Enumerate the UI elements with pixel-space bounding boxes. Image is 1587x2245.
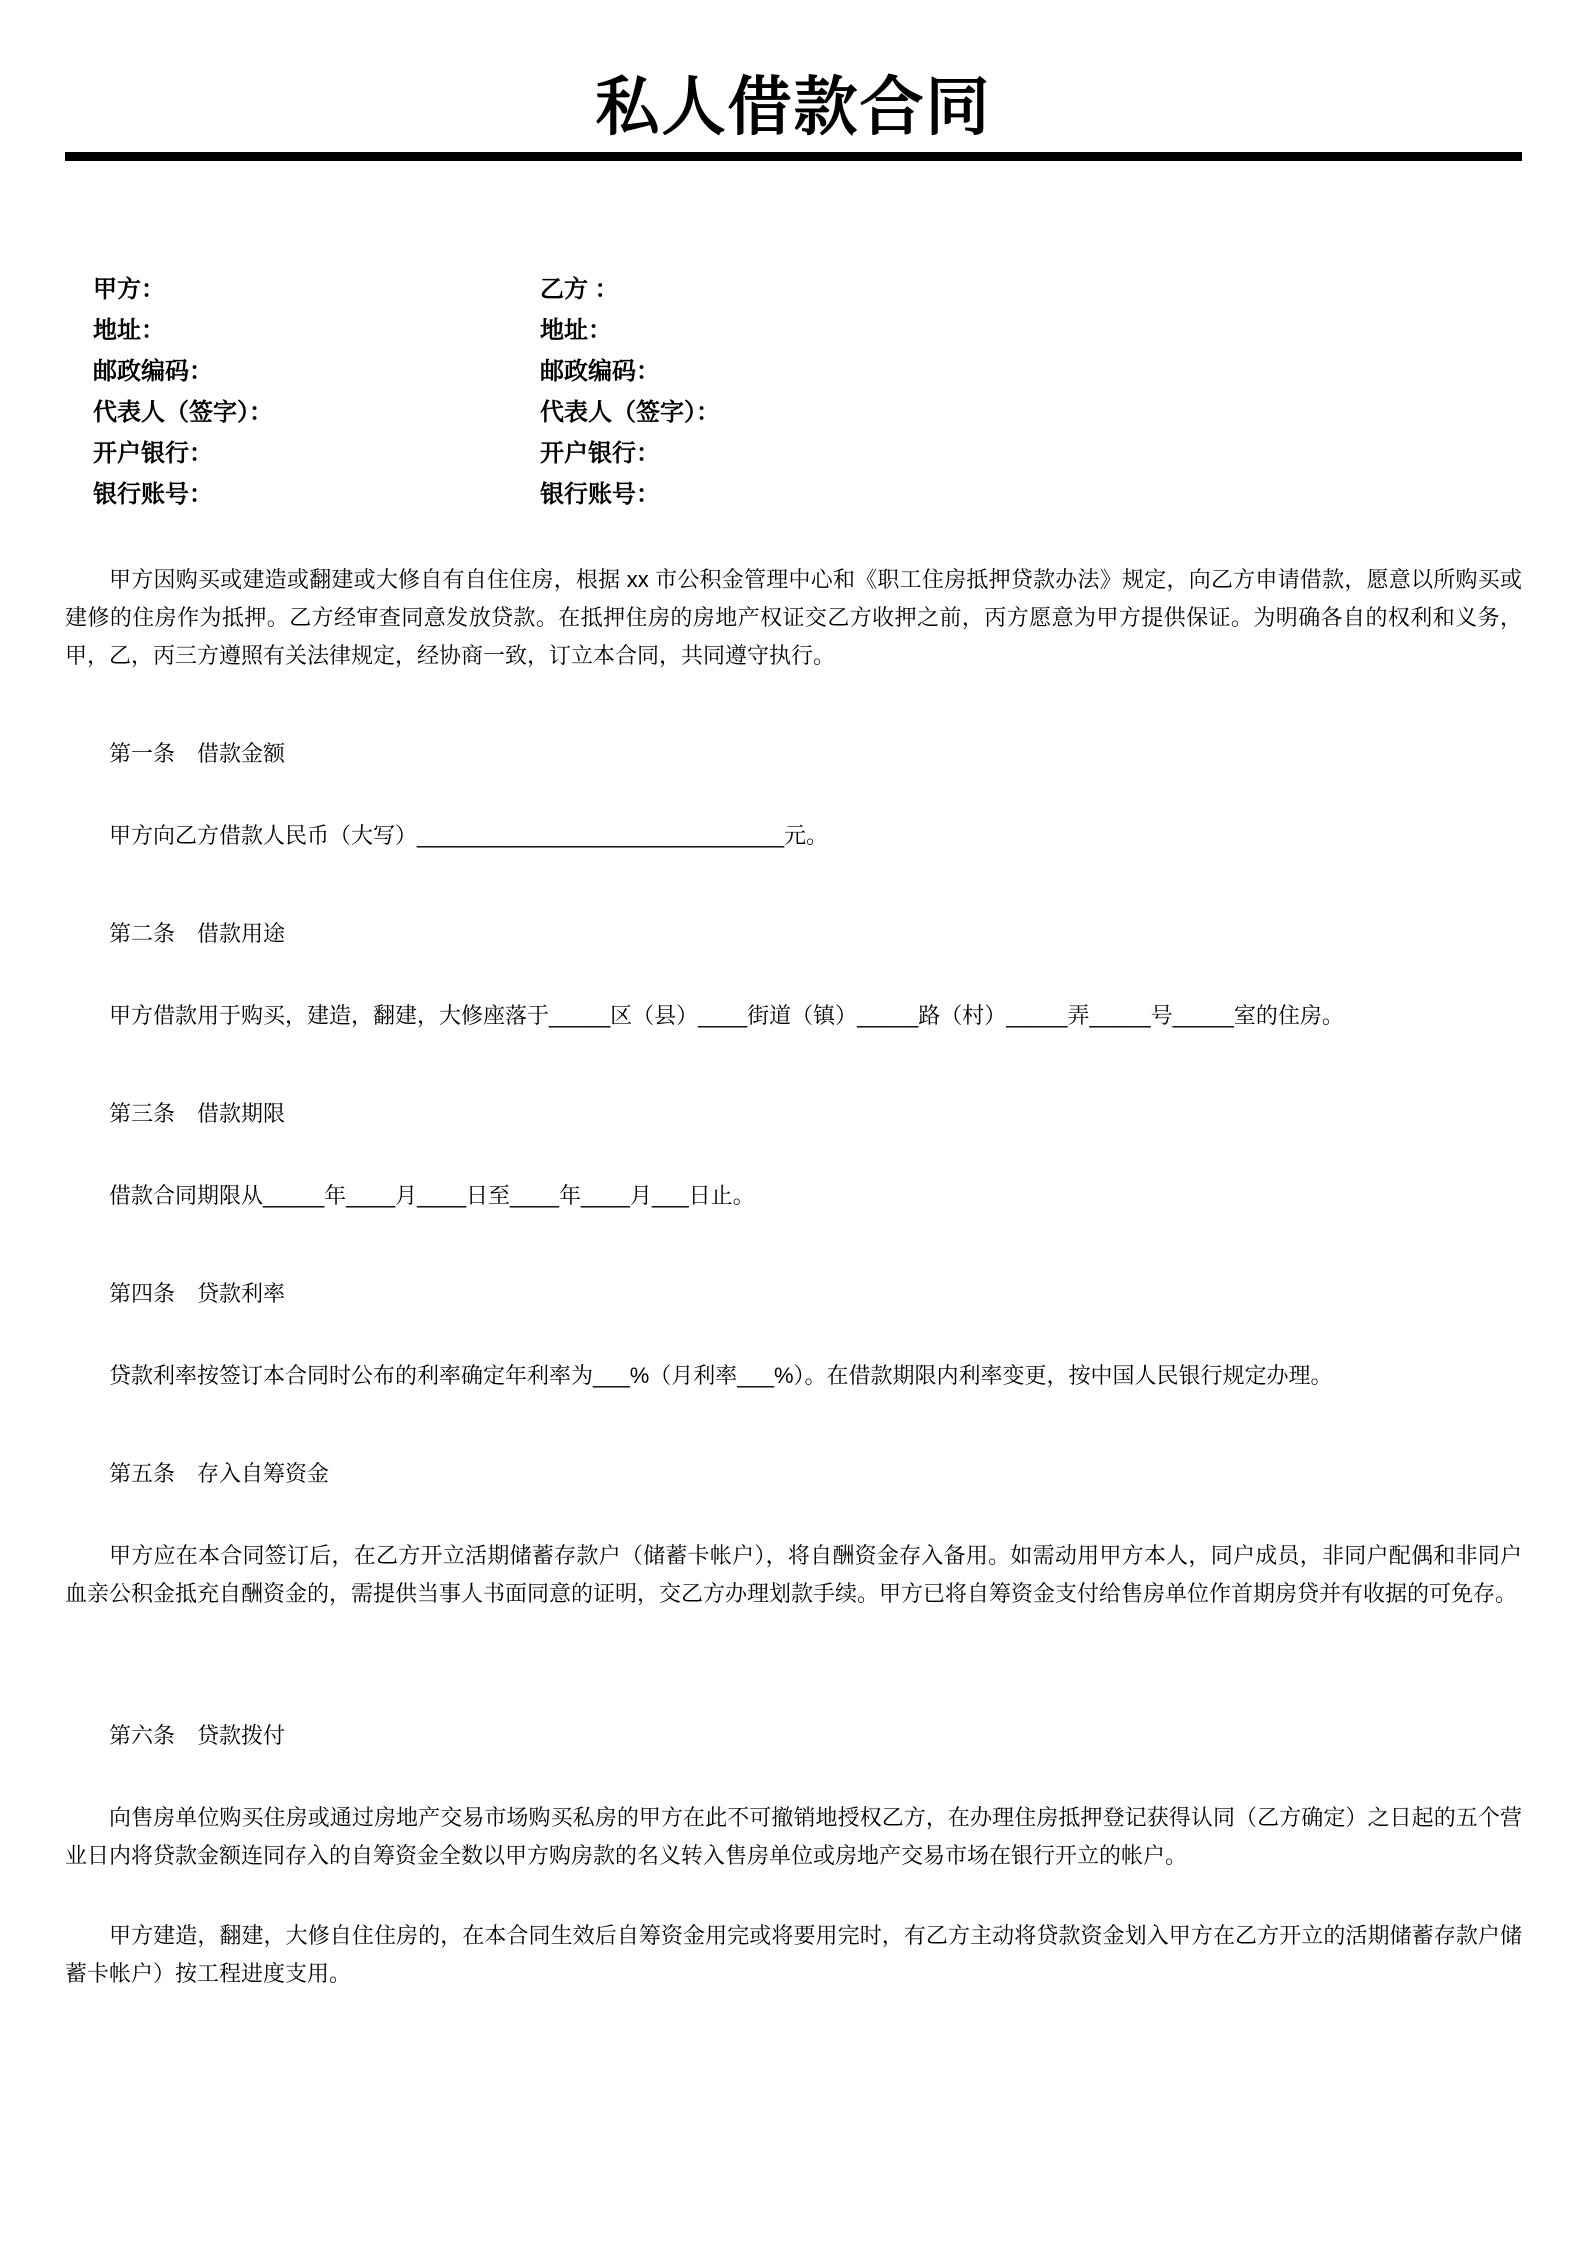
party-b-postcode-label: 邮政编码：: [540, 351, 1522, 392]
intro-paragraph: 甲方因购买或建造或翻建或大修自有自住住房，根据 xx 市公积金管理中心和《职工住…: [65, 561, 1522, 675]
section-5-paragraph: 甲方应在本合同签订后，在乙方开立活期储蓄存款户（储蓄卡帐户），将自酬资金存入备用…: [65, 1537, 1522, 1613]
section-3-loan-term: 第三条 借款期限 借款合同期限从_____年____月____日至____年__…: [65, 1095, 1522, 1215]
section-4-interest-rate: 第四条 贷款利率 贷款利率按签订本合同时公布的利率确定年利率为___%（月利率_…: [65, 1275, 1522, 1395]
party-a-column: 甲方： 地址： 邮政编码： 代表人（签字）： 开户银行： 银行账号：: [93, 269, 540, 515]
party-a-name-label: 甲方：: [93, 269, 540, 310]
section-2-loan-purpose: 第二条 借款用途 甲方借款用于购买，建造，翻建，大修座落于_____区（县）__…: [65, 915, 1522, 1035]
party-a-representative-label: 代表人（签字）：: [93, 392, 540, 433]
section-1-loan-amount: 第一条 借款金额 甲方向乙方借款人民币（大写）_________________…: [65, 735, 1522, 855]
section-4-paragraph: 贷款利率按签订本合同时公布的利率确定年利率为___%（月利率___%）。在借款期…: [65, 1357, 1522, 1395]
party-info-block: 甲方： 地址： 邮政编码： 代表人（签字）： 开户银行： 银行账号： 乙方 ： …: [65, 269, 1522, 515]
section-6-paragraph-2: 甲方建造，翻建，大修自住住房的，在本合同生效后自筹资金用完或将要用完时，有乙方主…: [65, 1917, 1522, 1993]
section-3-paragraph: 借款合同期限从_____年____月____日至____年____月___日止。: [65, 1177, 1522, 1215]
section-2-heading: 第二条 借款用途: [65, 915, 1522, 953]
title-divider: [65, 152, 1522, 161]
party-b-name-label: 乙方 ：: [540, 269, 1522, 310]
section-1-heading: 第一条 借款金额: [65, 735, 1522, 773]
section-6-heading: 第六条 贷款拨付: [65, 1717, 1522, 1755]
party-b-address-label: 地址：: [540, 310, 1522, 351]
section-4-heading: 第四条 贷款利率: [65, 1275, 1522, 1313]
party-b-account-label: 银行账号：: [540, 474, 1522, 515]
section-5-heading: 第五条 存入自筹资金: [65, 1455, 1522, 1493]
section-5-self-raised-funds: 第五条 存入自筹资金 甲方应在本合同签订后，在乙方开立活期储蓄存款户（储蓄卡帐户…: [65, 1455, 1522, 1613]
section-3-heading: 第三条 借款期限: [65, 1095, 1522, 1133]
page-title: 私人借款合同: [65, 0, 1522, 142]
party-b-column: 乙方 ： 地址： 邮政编码： 代表人（签字）： 开户银行： 银行账号：: [540, 269, 1522, 515]
contract-page: 私人借款合同 甲方： 地址： 邮政编码： 代表人（签字）： 开户银行： 银行账号…: [0, 0, 1587, 2245]
party-a-postcode-label: 邮政编码：: [93, 351, 540, 392]
party-a-bank-label: 开户银行：: [93, 433, 540, 474]
party-b-bank-label: 开户银行：: [540, 433, 1522, 474]
party-a-account-label: 银行账号：: [93, 474, 540, 515]
contract-body: 甲方因购买或建造或翻建或大修自有自住住房，根据 xx 市公积金管理中心和《职工住…: [65, 561, 1522, 1993]
party-b-representative-label: 代表人（签字）：: [540, 392, 1522, 433]
section-6-paragraph-1: 向售房单位购买住房或通过房地产交易市场购买私房的甲方在此不可撤销地授权乙方，在办…: [65, 1799, 1522, 1875]
section-6-loan-disbursement: 第六条 贷款拨付 向售房单位购买住房或通过房地产交易市场购买私房的甲方在此不可撤…: [65, 1717, 1522, 1993]
party-a-address-label: 地址：: [93, 310, 540, 351]
section-2-paragraph: 甲方借款用于购买，建造，翻建，大修座落于_____区（县）____街道（镇）__…: [65, 997, 1522, 1035]
section-1-paragraph: 甲方向乙方借款人民币（大写）__________________________…: [65, 817, 1522, 855]
